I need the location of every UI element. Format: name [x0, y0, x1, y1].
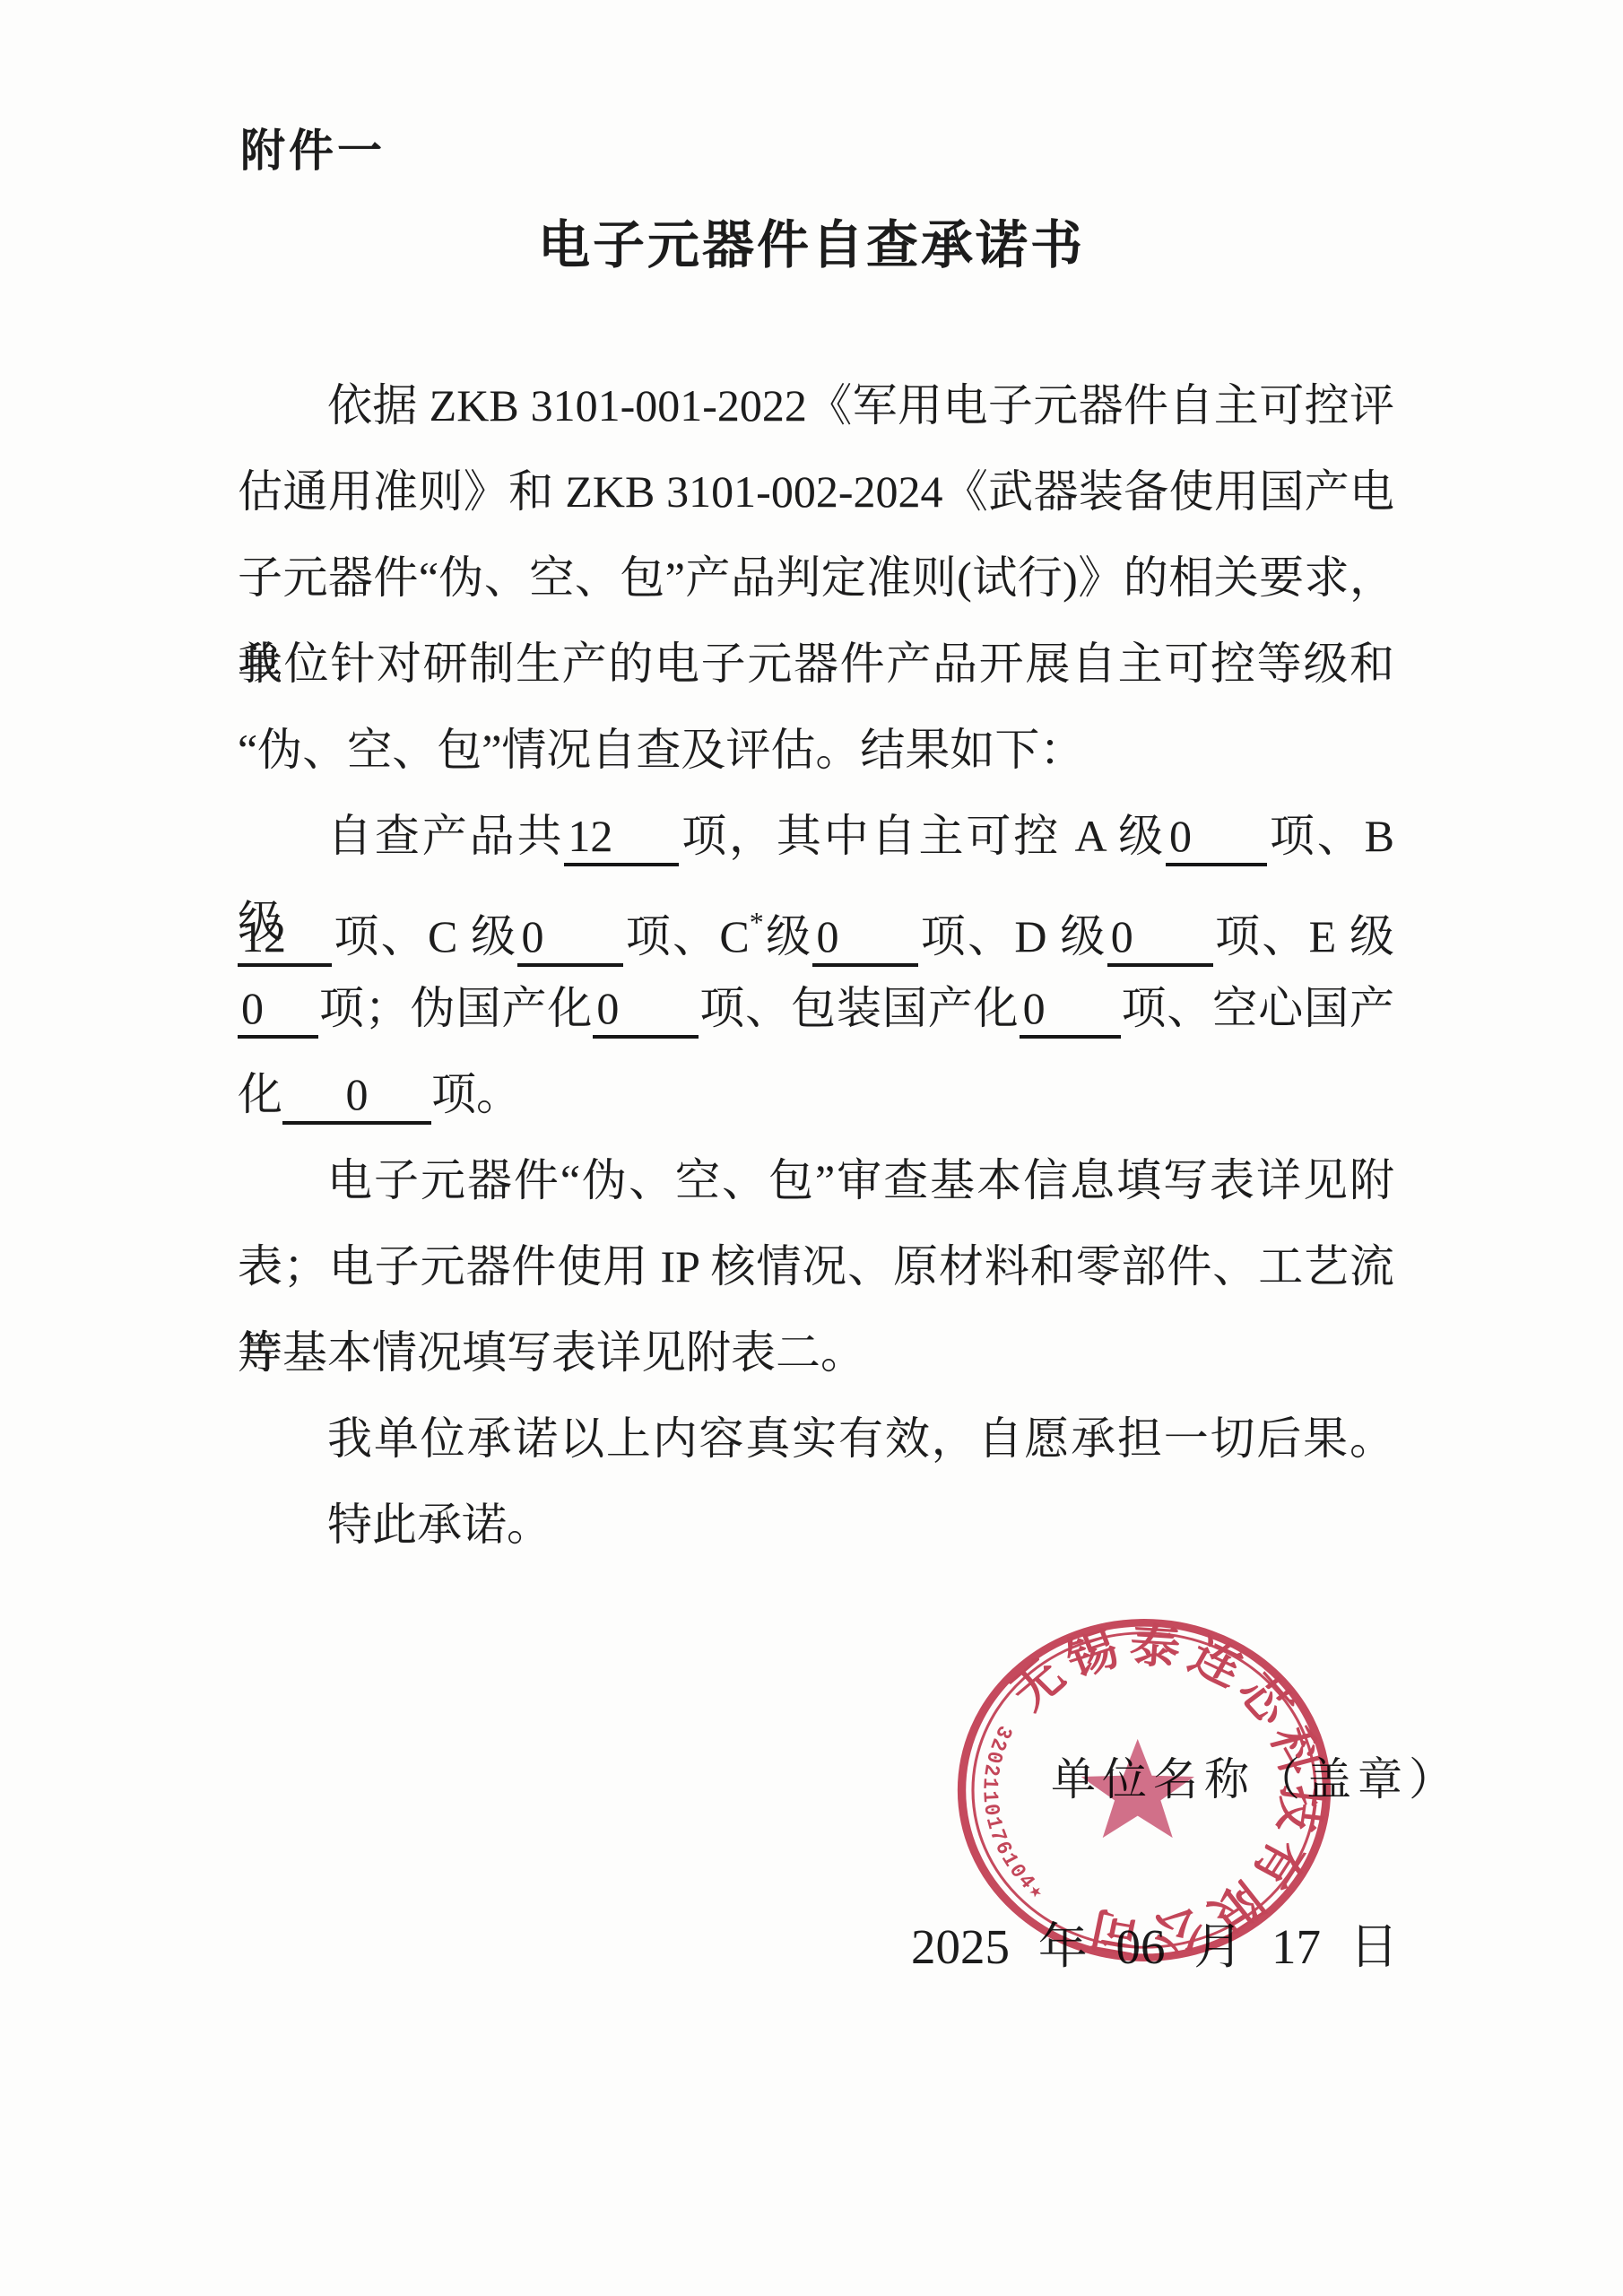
- text-segment: 项、包装国产化: [699, 983, 1019, 1033]
- text-segment: 项；伪国产化: [318, 983, 593, 1033]
- text-segment: 自查产品共: [327, 811, 564, 861]
- body-line-7: 12项、C 级0项、C*级0项、D 级0项、E 级: [238, 879, 1394, 965]
- text-segment: 化: [238, 1069, 282, 1119]
- body-line-6: 自查产品共12项，其中自主可控 A 级0项、B 级: [238, 793, 1394, 879]
- text-segment: 项、E 级: [1213, 911, 1394, 961]
- blank-total-items: 12: [564, 811, 679, 866]
- body-line-3: 子元器件“伪、空、包”产品判定准则(试行)》的相关要求，我: [238, 535, 1394, 621]
- page-title: 电子元器件自查承诺书: [0, 203, 1623, 278]
- body-line-1: 依据 ZKB 3101-001-2022《军用电子元器件自主可控评: [238, 362, 1394, 448]
- stamp-star-icon: [1081, 1739, 1194, 1838]
- body-line-8: 0项；伪国产化0项、包装国产化0项、空心国产: [238, 965, 1394, 1051]
- body-line-2: 估通用准则》和 ZKB 3101-002-2024《武器装备使用国产电: [238, 448, 1394, 535]
- blank-grade-c: 0: [517, 911, 623, 967]
- text-segment: 项。: [431, 1069, 521, 1119]
- blank-grade-b: 12: [238, 911, 332, 967]
- asterisk-superscript: *: [750, 906, 764, 938]
- body-line-10: 电子元器件“伪、空、包”审查基本信息填写表详见附表: [238, 1137, 1394, 1223]
- text-segment: 项、D 级: [918, 911, 1107, 961]
- body-line-4: 单位针对研制生产的电子元器件产品开展自主可控等级和: [238, 621, 1394, 707]
- blank-grade-a: 0: [1166, 811, 1267, 866]
- company-seal-stamp: 无锡泰连芯科技有限公司 3202110176104★: [949, 1611, 1340, 1970]
- blank-grade-cstar: 0: [812, 911, 918, 967]
- body-line-14: 特此承诺。: [238, 1482, 1394, 1568]
- text-segment: 级: [764, 911, 813, 961]
- text-segment: 项、C: [623, 911, 749, 961]
- document-page: { "page": { "attachment_label": "附件一", "…: [0, 0, 1623, 2296]
- body-line-13: 我单位承诺以上内容真实有效，自愿承担一切后果。: [238, 1396, 1394, 1482]
- body-line-9: 化0项。: [238, 1051, 1394, 1137]
- blank-grade-d: 0: [1107, 911, 1213, 967]
- attachment-label: 附件一: [240, 115, 386, 179]
- blank-fake-localized: 0: [593, 983, 699, 1039]
- text-segment: 项，其中自主可控 A 级: [679, 811, 1166, 861]
- text-segment: 项、C 级: [332, 911, 517, 961]
- body-line-5: “伪、空、包”情况自查及评估。结果如下：: [238, 707, 1394, 793]
- blank-package-localized: 0: [1020, 983, 1121, 1039]
- body-text: 依据 ZKB 3101-001-2022《军用电子元器件自主可控评 估通用准则》…: [238, 362, 1394, 1568]
- text-segment: 项、空心国产: [1121, 983, 1394, 1033]
- body-line-12: 等基本情况填写表详见附表二。: [238, 1309, 1394, 1396]
- blank-hollow-localized: 0: [282, 1069, 431, 1125]
- body-line-11: 一；电子元器件使用 IP 核情况、原材料和零部件、工艺流片: [238, 1223, 1394, 1309]
- blank-grade-e: 0: [238, 983, 318, 1039]
